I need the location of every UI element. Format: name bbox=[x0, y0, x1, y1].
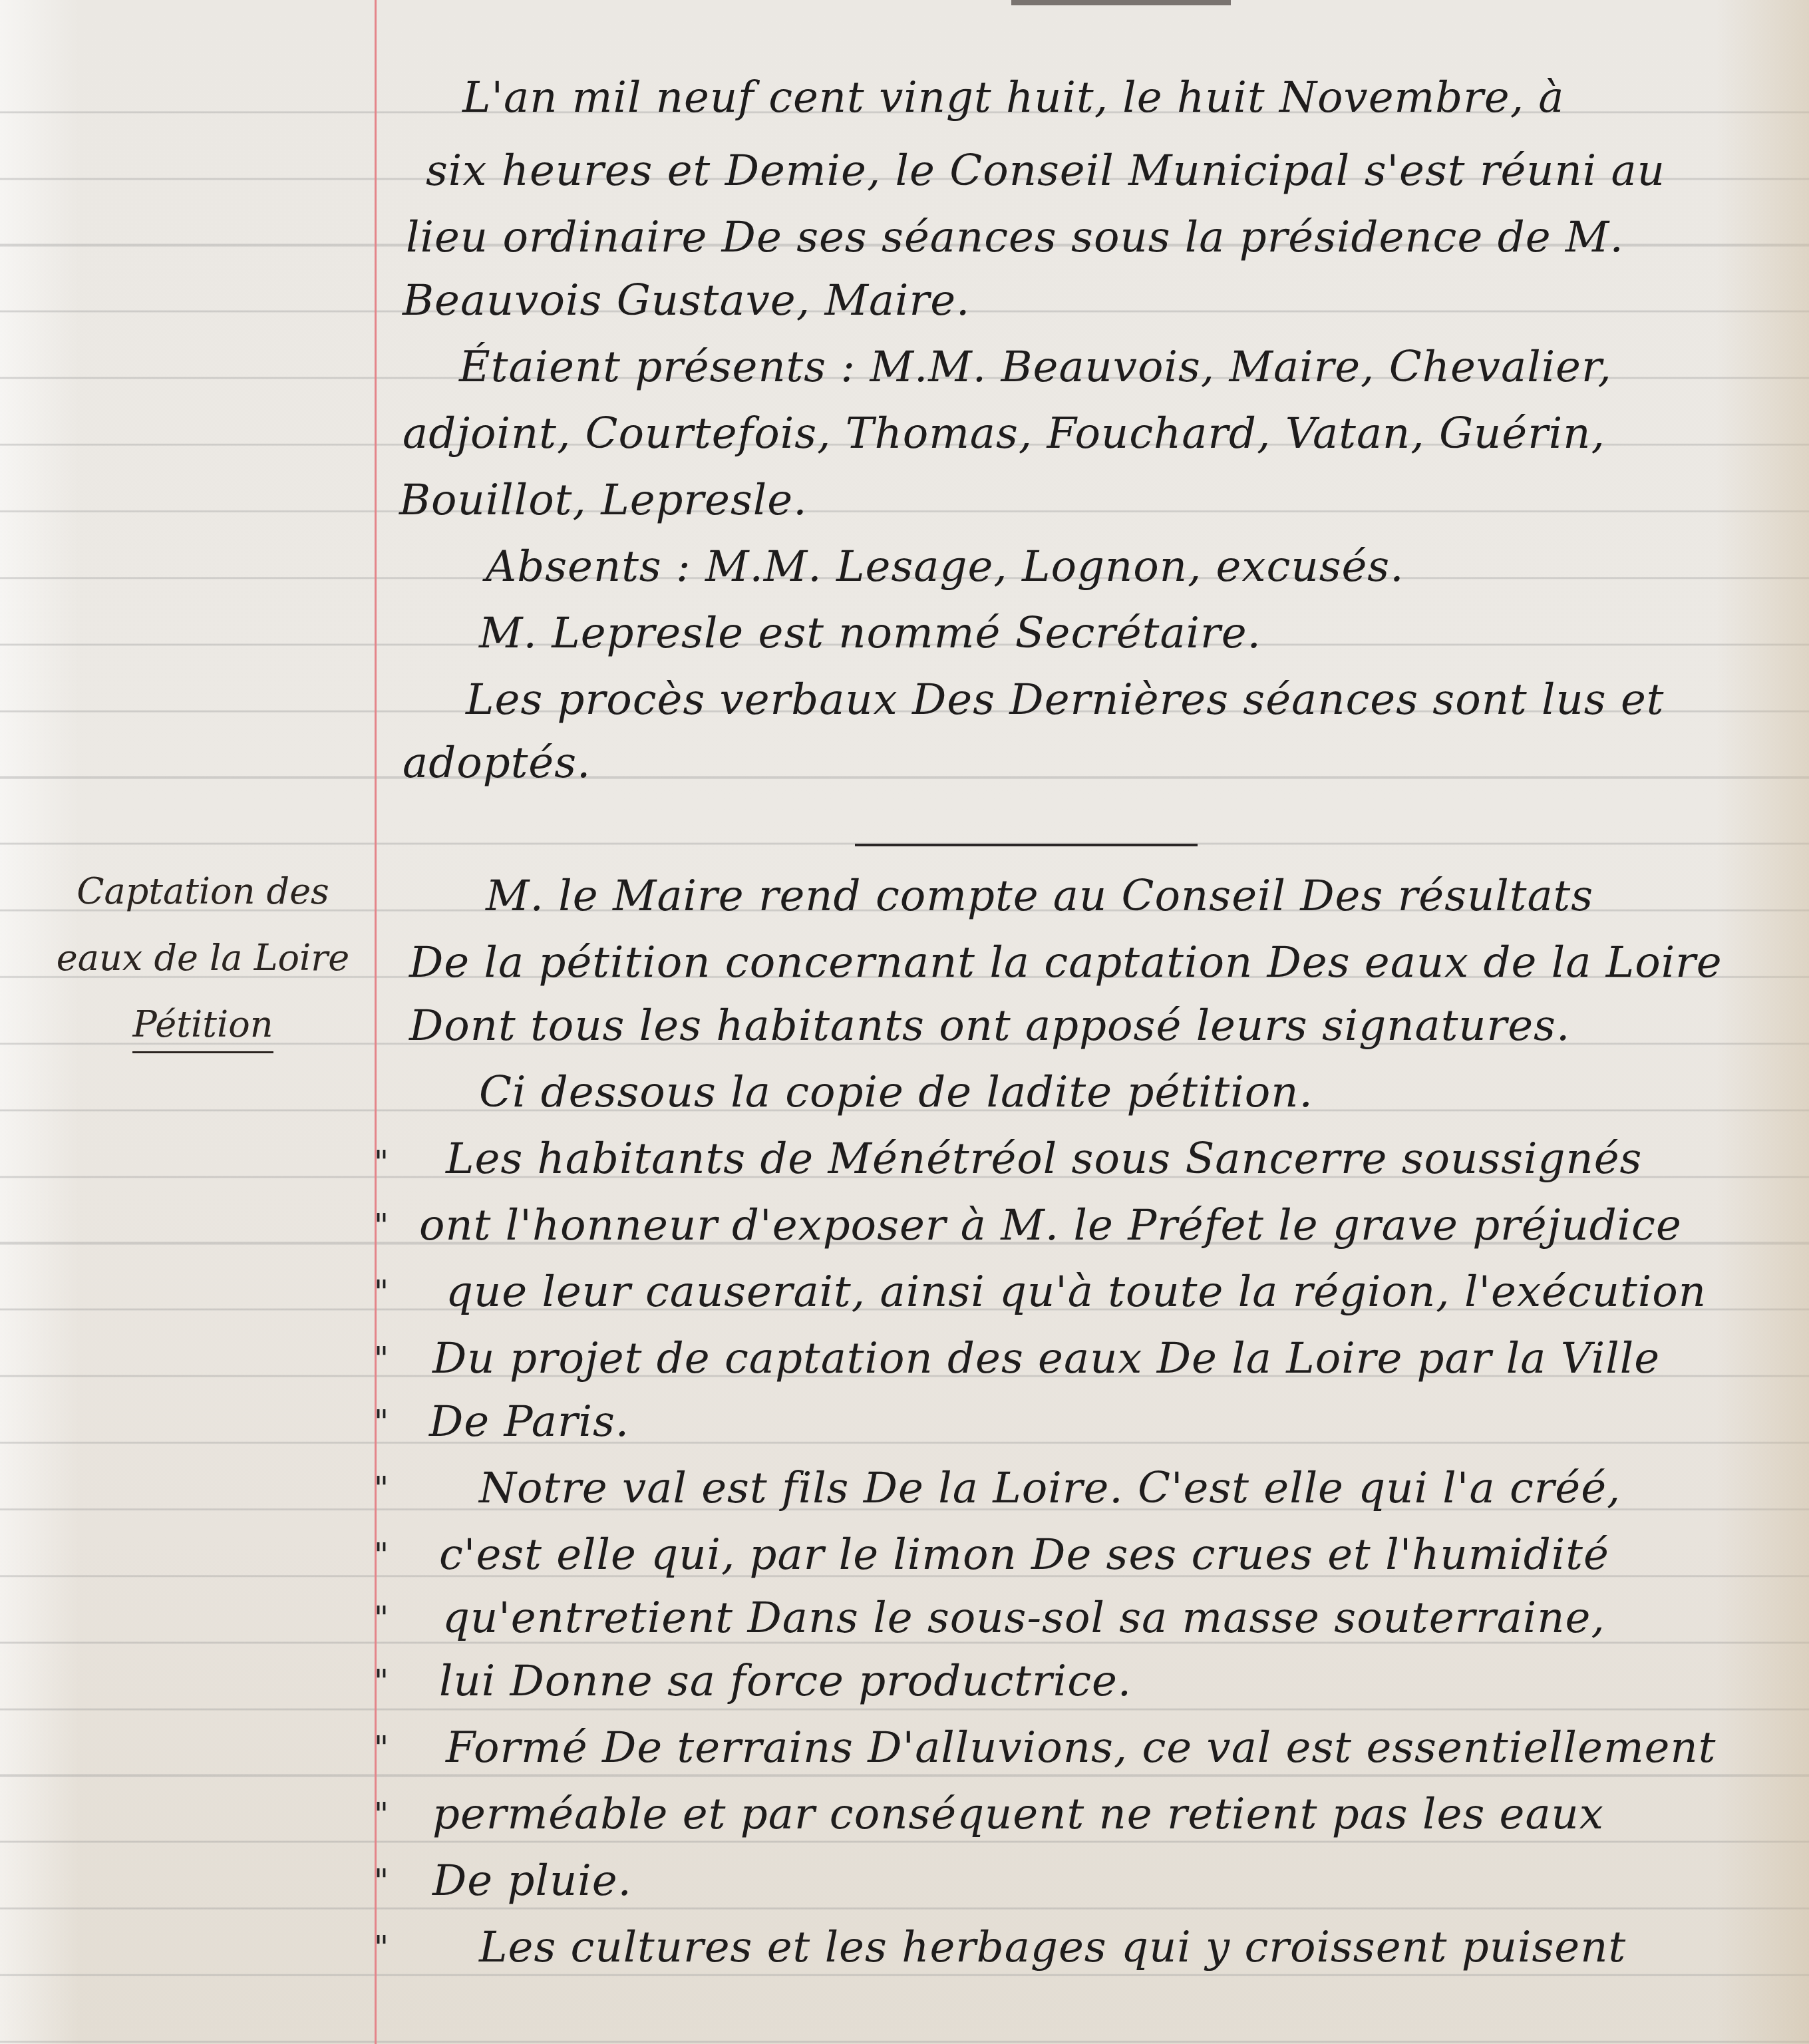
petition-quote-line: De Paris. bbox=[429, 1397, 629, 1447]
petition-quote-line: Du projet de captation des eaux De la Lo… bbox=[432, 1334, 1660, 1383]
petition-quote-line: lui Donne sa force productrice. bbox=[439, 1657, 1132, 1706]
attendees-present-line: Étaient présents : M.M. Beauvois, Maire,… bbox=[459, 343, 1612, 392]
petition-line: De la pétition concernant la captation D… bbox=[409, 938, 1723, 987]
petition-line: Ci dessous la copie de ladite pétition. bbox=[479, 1068, 1313, 1117]
minutes-line: adoptés. bbox=[403, 739, 591, 788]
petition-quote-line: perméable et par conséquent ne retient p… bbox=[432, 1790, 1604, 1839]
attendees-present-line: adjoint, Courtefois, Thomas, Fouchard, V… bbox=[403, 409, 1605, 458]
petition-quote-line: Les cultures et les herbages qui y crois… bbox=[479, 1923, 1626, 1972]
minutes-line: Beauvois Gustave, Maire. bbox=[403, 276, 970, 325]
quote-mark: " bbox=[374, 1208, 389, 1245]
petition-quote-line: De pluie. bbox=[432, 1856, 632, 1906]
quote-mark: " bbox=[374, 1663, 389, 1701]
petition-quote-line: Notre val est fils De la Loire. C'est el… bbox=[479, 1464, 1621, 1513]
register-page: Captation des eaux de la Loire Pétition … bbox=[0, 0, 1809, 2044]
section-separator bbox=[855, 844, 1198, 846]
margin-annotation: Captation des eaux de la Loire Pétition bbox=[40, 858, 366, 1058]
petition-quote-line: ont l'honneur d'exposer à M. le Préfet l… bbox=[419, 1201, 1682, 1250]
petition-quote-line: Formé De terrains D'alluvions, ce val es… bbox=[446, 1723, 1716, 1773]
petition-quote-line: que leur causerait, ainsi qu'à toute la … bbox=[446, 1268, 1707, 1317]
margin-note-line-1: Captation des bbox=[40, 858, 366, 925]
minutes-line: lieu ordinaire De ses séances sous la pr… bbox=[406, 213, 1624, 262]
quote-mark: " bbox=[374, 1730, 389, 1767]
quote-mark: " bbox=[374, 1144, 389, 1182]
petition-line: M. le Maire rend compte au Conseil Des r… bbox=[486, 872, 1593, 921]
quote-mark: " bbox=[374, 1863, 389, 1900]
petition-quote-line: c'est elle qui, par le limon De ses crue… bbox=[439, 1530, 1609, 1580]
petition-line: Dont tous les habitants ont apposé leurs… bbox=[409, 1001, 1570, 1051]
quote-mark: " bbox=[374, 1341, 389, 1378]
minutes-line: six heures et Demie, le Conseil Municipa… bbox=[426, 146, 1665, 196]
quote-mark: " bbox=[374, 1274, 389, 1311]
petition-quote-line: qu'entretient Dans le sous-sol sa masse … bbox=[442, 1594, 1605, 1643]
attendees-present-line: Bouillot, Lepresle. bbox=[399, 476, 807, 525]
margin-note-line-3: Pétition bbox=[40, 991, 366, 1058]
margin-note-petition: Pétition bbox=[132, 998, 273, 1053]
quote-mark: " bbox=[374, 1404, 389, 1441]
quote-mark: " bbox=[374, 1796, 389, 1834]
margin-note-line-2: eaux de la Loire bbox=[40, 925, 366, 991]
quote-mark: " bbox=[374, 1930, 389, 1967]
attendees-absent-line: Absents : M.M. Lesage, Lognon, excusés. bbox=[486, 542, 1404, 592]
minutes-line: Les procès verbaux Des Dernières séances… bbox=[466, 675, 1664, 725]
quote-mark: " bbox=[374, 1537, 389, 1574]
minutes-line: L'an mil neuf cent vingt huit, le huit N… bbox=[462, 73, 1565, 122]
petition-quote-line: Les habitants de Ménétréol sous Sancerre… bbox=[446, 1134, 1642, 1184]
top-edge-shadow bbox=[1011, 0, 1231, 5]
secretary-line: M. Lepresle est nommé Secrétaire. bbox=[479, 609, 1261, 658]
quote-mark: " bbox=[374, 1470, 389, 1508]
quote-mark: " bbox=[374, 1600, 389, 1637]
